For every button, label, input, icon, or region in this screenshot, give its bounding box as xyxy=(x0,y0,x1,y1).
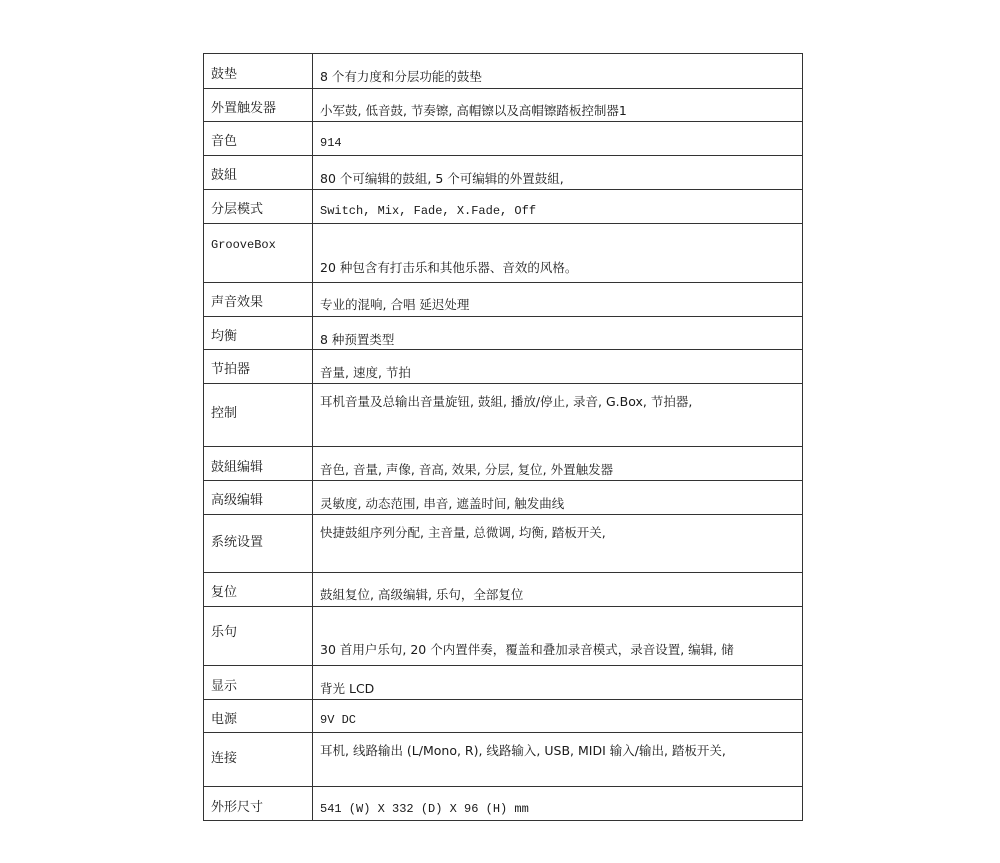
spec-label: 复位 xyxy=(204,573,313,606)
table-row: 均衡8 种预置类型 xyxy=(204,316,802,349)
table-row: 复位鼓組复位, 高级编辑, 乐句，全部复位 xyxy=(204,572,802,606)
spec-value: 耳机音量及总输出音量旋钮, 鼓組, 播放/停止, 录音, G.Box, 节拍器, xyxy=(313,384,802,446)
spec-label: 鼓組编辑 xyxy=(204,447,313,480)
spec-value: 30 首用户乐句, 20 个内置伴奏，覆盖和叠加录音模式，录音设置, 编辑, 储 xyxy=(313,607,802,665)
spec-value: 音量, 速度, 节拍 xyxy=(313,350,802,383)
table-row: 音色914 xyxy=(204,121,802,155)
spec-value: 耳机, 线路输出 (L/Mono, R), 线路输入, USB, MIDI 输入… xyxy=(313,733,802,786)
spec-value: 8 个有力度和分层功能的鼓垫 xyxy=(313,54,802,88)
spec-value: 专业的混响, 合唱 延迟处理 xyxy=(313,283,802,316)
table-row: 高级编辑灵敏度, 动态范围, 串音, 遮盖时间, 触发曲线 xyxy=(204,480,802,514)
spec-label: 外形尺寸 xyxy=(204,787,313,820)
spec-value: 541 (W) X 332 (D) X 96 (H) mm xyxy=(313,787,802,820)
spec-label: 乐句 xyxy=(204,607,313,665)
spec-label: 电源 xyxy=(204,700,313,732)
spec-label: 连接 xyxy=(204,733,313,786)
spec-value: 背光 LCD xyxy=(313,666,802,699)
spec-label: 均衡 xyxy=(204,317,313,349)
table-row: 乐句30 首用户乐句, 20 个内置伴奏，覆盖和叠加录音模式，录音设置, 编辑,… xyxy=(204,606,802,665)
spec-label: 节拍器 xyxy=(204,350,313,383)
table-row: 控制耳机音量及总输出音量旋钮, 鼓組, 播放/停止, 录音, G.Box, 节拍… xyxy=(204,383,802,446)
spec-label: 音色 xyxy=(204,122,313,155)
spec-table: 鼓垫8 个有力度和分层功能的鼓垫外置触发器小军鼓, 低音鼓, 节奏镲, 高帽镲以… xyxy=(203,53,803,821)
table-row: 节拍器音量, 速度, 节拍 xyxy=(204,349,802,383)
table-row: 鼓組编辑音色, 音量, 声像, 音高, 效果, 分层, 复位, 外置触发器 xyxy=(204,446,802,480)
spec-label: 系统设置 xyxy=(204,515,313,572)
spec-value: 20 种包含有打击乐和其他乐器、音效的风格。 xyxy=(313,224,802,282)
table-row: 外置触发器小军鼓, 低音鼓, 节奏镲, 高帽镲以及高帽镲踏板控制器1 xyxy=(204,88,802,121)
spec-value: 8 种预置类型 xyxy=(313,317,802,349)
table-row: 鼓垫8 个有力度和分层功能的鼓垫 xyxy=(204,54,802,88)
table-row: 外形尺寸541 (W) X 332 (D) X 96 (H) mm xyxy=(204,786,802,820)
spec-value: 914 xyxy=(313,122,802,155)
spec-label: 声音效果 xyxy=(204,283,313,316)
table-row: 显示背光 LCD xyxy=(204,665,802,699)
table-row: 分层模式Switch, Mix, Fade, X.Fade, Off xyxy=(204,189,802,223)
spec-label: 鼓組 xyxy=(204,156,313,189)
spec-value: 鼓組复位, 高级编辑, 乐句，全部复位 xyxy=(313,573,802,606)
table-row: 系统设置快捷鼓組序列分配, 主音量, 总微调, 均衡, 踏板开关, xyxy=(204,514,802,572)
table-row: 声音效果专业的混响, 合唱 延迟处理 xyxy=(204,282,802,316)
table-row: 连接耳机, 线路输出 (L/Mono, R), 线路输入, USB, MIDI … xyxy=(204,732,802,786)
spec-value: 小军鼓, 低音鼓, 节奏镲, 高帽镲以及高帽镲踏板控制器1 xyxy=(313,89,802,121)
spec-label: GrooveBox xyxy=(204,224,313,282)
table-row: 电源9V DC xyxy=(204,699,802,732)
spec-value: 9V DC xyxy=(313,700,802,732)
spec-label: 高级编辑 xyxy=(204,481,313,514)
spec-label: 控制 xyxy=(204,384,313,446)
spec-label: 外置触发器 xyxy=(204,89,313,121)
spec-value: 快捷鼓組序列分配, 主音量, 总微调, 均衡, 踏板开关, xyxy=(313,515,802,572)
spec-label: 分层模式 xyxy=(204,190,313,223)
spec-value: 音色, 音量, 声像, 音高, 效果, 分层, 复位, 外置触发器 xyxy=(313,447,802,480)
spec-value: 80 个可编辑的鼓組, 5 个可编辑的外置鼓組, xyxy=(313,156,802,189)
spec-value: 灵敏度, 动态范围, 串音, 遮盖时间, 触发曲线 xyxy=(313,481,802,514)
spec-value: Switch, Mix, Fade, X.Fade, Off xyxy=(313,190,802,223)
table-row: GrooveBox20 种包含有打击乐和其他乐器、音效的风格。 xyxy=(204,223,802,282)
spec-label: 鼓垫 xyxy=(204,54,313,88)
table-row: 鼓組80 个可编辑的鼓組, 5 个可编辑的外置鼓組, xyxy=(204,155,802,189)
spec-label: 显示 xyxy=(204,666,313,699)
